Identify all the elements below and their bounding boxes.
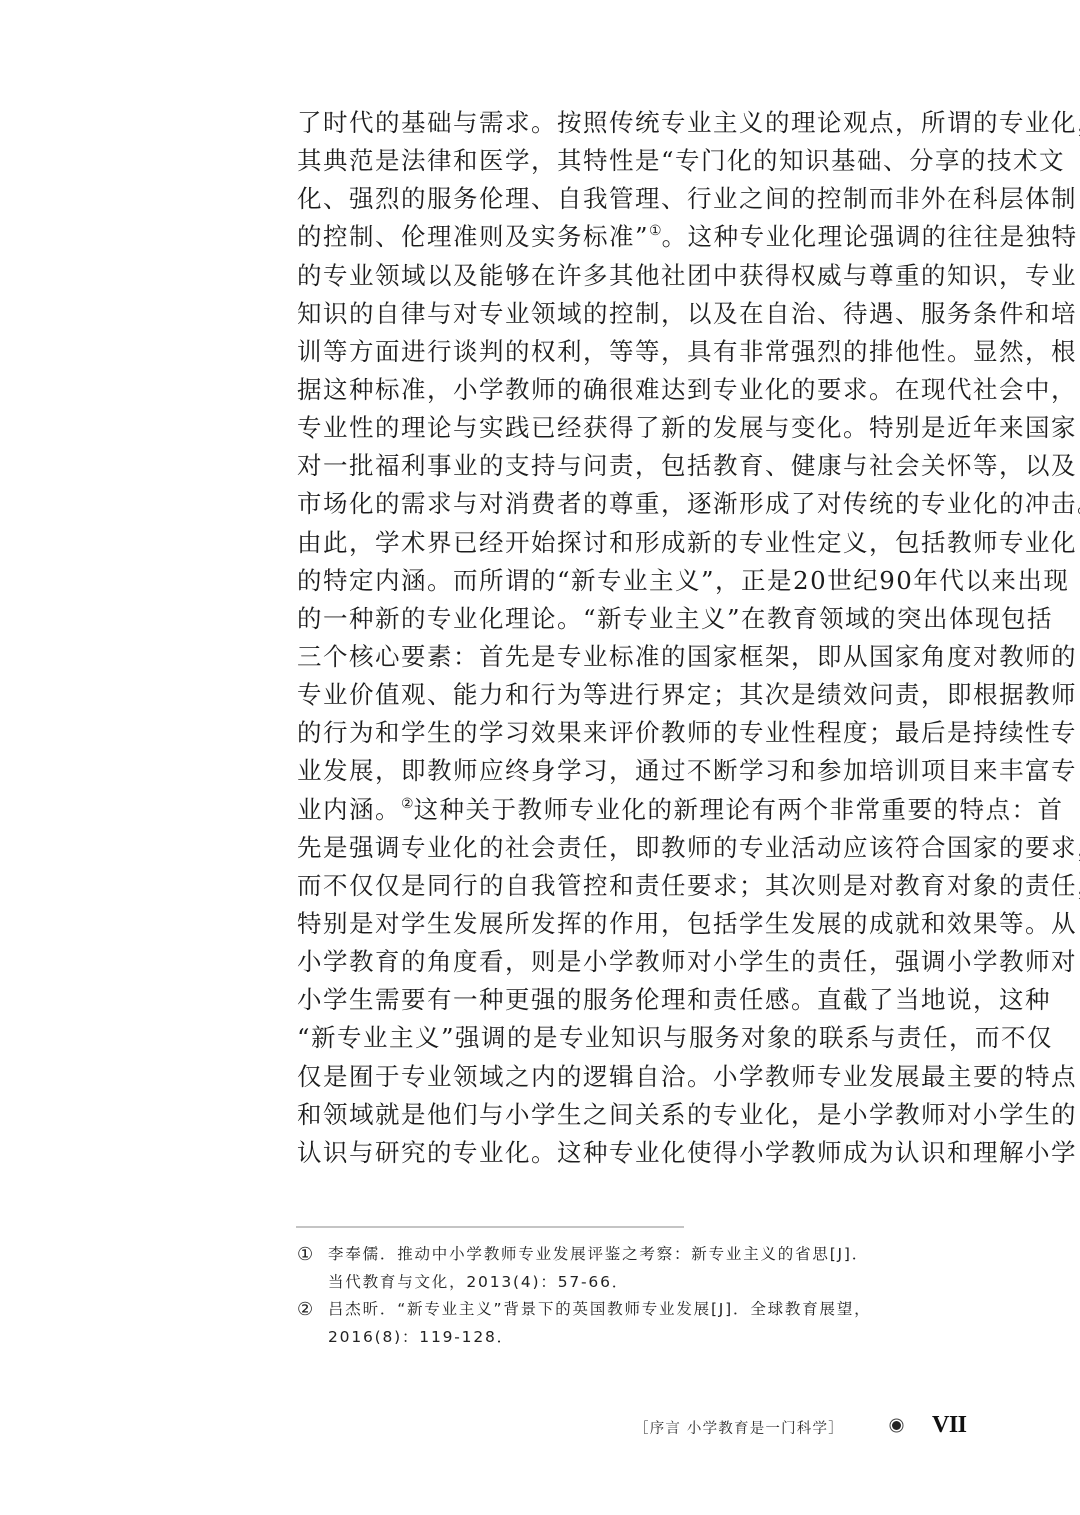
text-line: 小学教育的角度看，则是小学教师对小学生的责任，强调小学教师对 <box>297 943 965 981</box>
text-line: 小学生需要有一种更强的服务伦理和责任感。直截了当地说，这种 <box>297 981 965 1019</box>
page-number: VII <box>932 1412 967 1439</box>
text-line: 而不仅仅是同行的自我管控和责任要求；其次则是对教育对象的责任， <box>297 867 975 905</box>
text-line: 先是强调专业化的社会责任，即教师的专业活动应该符合国家的要求， <box>297 829 975 867</box>
footnote-marker-2: ② <box>297 1296 313 1324</box>
footnote-divider <box>296 1226 684 1228</box>
footnote-ref-1[interactable]: ① <box>649 223 662 239</box>
footnotes: ① 李奉儒．推动中小学教师专业发展评鉴之考察：新专业主义的省思[J]． 当代教育… <box>297 1241 937 1352</box>
book-page: 了时代的基础与需求。按照传统专业主义的理论观点，所谓的专业化， 其典范是法律和医… <box>0 0 1080 1515</box>
body-text: 了时代的基础与需求。按照传统专业主义的理论观点，所谓的专业化， 其典范是法律和医… <box>297 104 987 1172</box>
text-line: 专业价值观、能力和行为等进行界定；其次是绩效问责，即根据教师 <box>297 676 965 714</box>
text-fragment: 这种关于教师专业化的新理论有两个非常重要的特点：首 <box>414 795 1064 824</box>
text-line: 三个核心要素：首先是专业标准的国家框架，即从国家角度对教师的 <box>297 638 965 676</box>
text-fragment: 业内涵。 <box>297 795 401 824</box>
text-line-with-footnote-ref: 业内涵。②这种关于教师专业化的新理论有两个非常重要的特点：首 <box>297 791 965 829</box>
running-head: ［序言 小学教育是一门科学］ <box>634 1417 844 1438</box>
text-line: 训等方面进行谈判的权利，等等，具有非常强烈的排他性。显然，根 <box>297 333 965 371</box>
text-line: 由此，学术界已经开始探讨和形成新的专业性定义，包括教师专业化 <box>297 524 965 562</box>
text-line: 对一批福利事业的支持与问责，包括教育、健康与社会关怀等，以及 <box>297 447 965 485</box>
text-line: 市场化的需求与对消费者的尊重，逐渐形成了对传统的专业化的冲击。 <box>297 485 975 523</box>
footnote-line: 2016(8)：119-128． <box>328 1324 937 1352</box>
footnote-ref-2[interactable]: ② <box>401 796 414 812</box>
text-line: 知识的自律与对专业领域的控制，以及在自治、待遇、服务条件和培 <box>297 295 965 333</box>
text-line: 化、强烈的服务伦理、自我管理、行业之间的控制而非外在科层体制 <box>297 180 965 218</box>
footnote-2: ② 吕杰昕．“新专业主义”背景下的英国教师专业发展[J]．全球教育展望， 201… <box>297 1296 937 1351</box>
text-line: “新专业主义”强调的是专业知识与服务对象的联系与责任，而不仅 <box>297 1019 965 1057</box>
text-line: 了时代的基础与需求。按照传统专业主义的理论观点，所谓的专业化， <box>297 104 975 142</box>
footnote-marker-1: ① <box>297 1241 313 1269</box>
bullet-circle-icon <box>892 1421 901 1430</box>
text-fragment: 的控制、伦理准则及实务标准” <box>297 222 649 251</box>
text-line: 的一种新的专业化理论。“新专业主义”在教育领域的突出体现包括 <box>297 600 965 638</box>
text-line: 认识与研究的专业化。这种专业化使得小学教师成为认识和理解小学 <box>297 1134 965 1172</box>
text-line: 据这种标准，小学教师的确很难达到专业化的要求。在现代社会中， <box>297 371 975 409</box>
footnote-line: 当代教育与文化，2013(4)：57-66． <box>328 1269 937 1297</box>
text-line: 特别是对学生发展所发挥的作用，包括学生发展的成就和效果等。从 <box>297 905 965 943</box>
footnote-line: 李奉儒．推动中小学教师专业发展评鉴之考察：新专业主义的省思[J]． <box>328 1241 937 1269</box>
text-line: 专业性的理论与实践已经获得了新的发展与变化。特别是近年来国家 <box>297 409 965 447</box>
text-line-with-footnote-ref: 的控制、伦理准则及实务标准”①。这种专业化理论强调的往往是独特 <box>297 218 965 256</box>
text-line: 业发展，即教师应终身学习，通过不断学习和参加培训项目来丰富专 <box>297 752 965 790</box>
footnote-1: ① 李奉儒．推动中小学教师专业发展评鉴之考察：新专业主义的省思[J]． 当代教育… <box>297 1241 937 1296</box>
text-line: 的特定内涵。而所谓的“新专业主义”，正是20世纪90年代以来出现 <box>297 562 965 600</box>
text-line: 的专业领域以及能够在许多其他社团中获得权威与尊重的知识，专业 <box>297 257 965 295</box>
page-footer: ［序言 小学教育是一门科学］ VII <box>0 1412 1080 1444</box>
text-line: 其典范是法律和医学，其特性是“专门化的知识基础、分享的技术文 <box>297 142 965 180</box>
text-fragment: 。这种专业化理论强调的往往是独特 <box>662 222 1078 251</box>
text-line: 的行为和学生的学习效果来评价教师的专业性程度；最后是持续性专 <box>297 714 965 752</box>
footnote-line: 吕杰昕．“新专业主义”背景下的英国教师专业发展[J]．全球教育展望， <box>328 1296 937 1324</box>
text-line: 和领域就是他们与小学生之间关系的专业化，是小学教师对小学生的 <box>297 1096 965 1134</box>
text-line: 仅是囿于专业领域之内的逻辑自洽。小学教师专业发展最主要的特点 <box>297 1058 965 1096</box>
